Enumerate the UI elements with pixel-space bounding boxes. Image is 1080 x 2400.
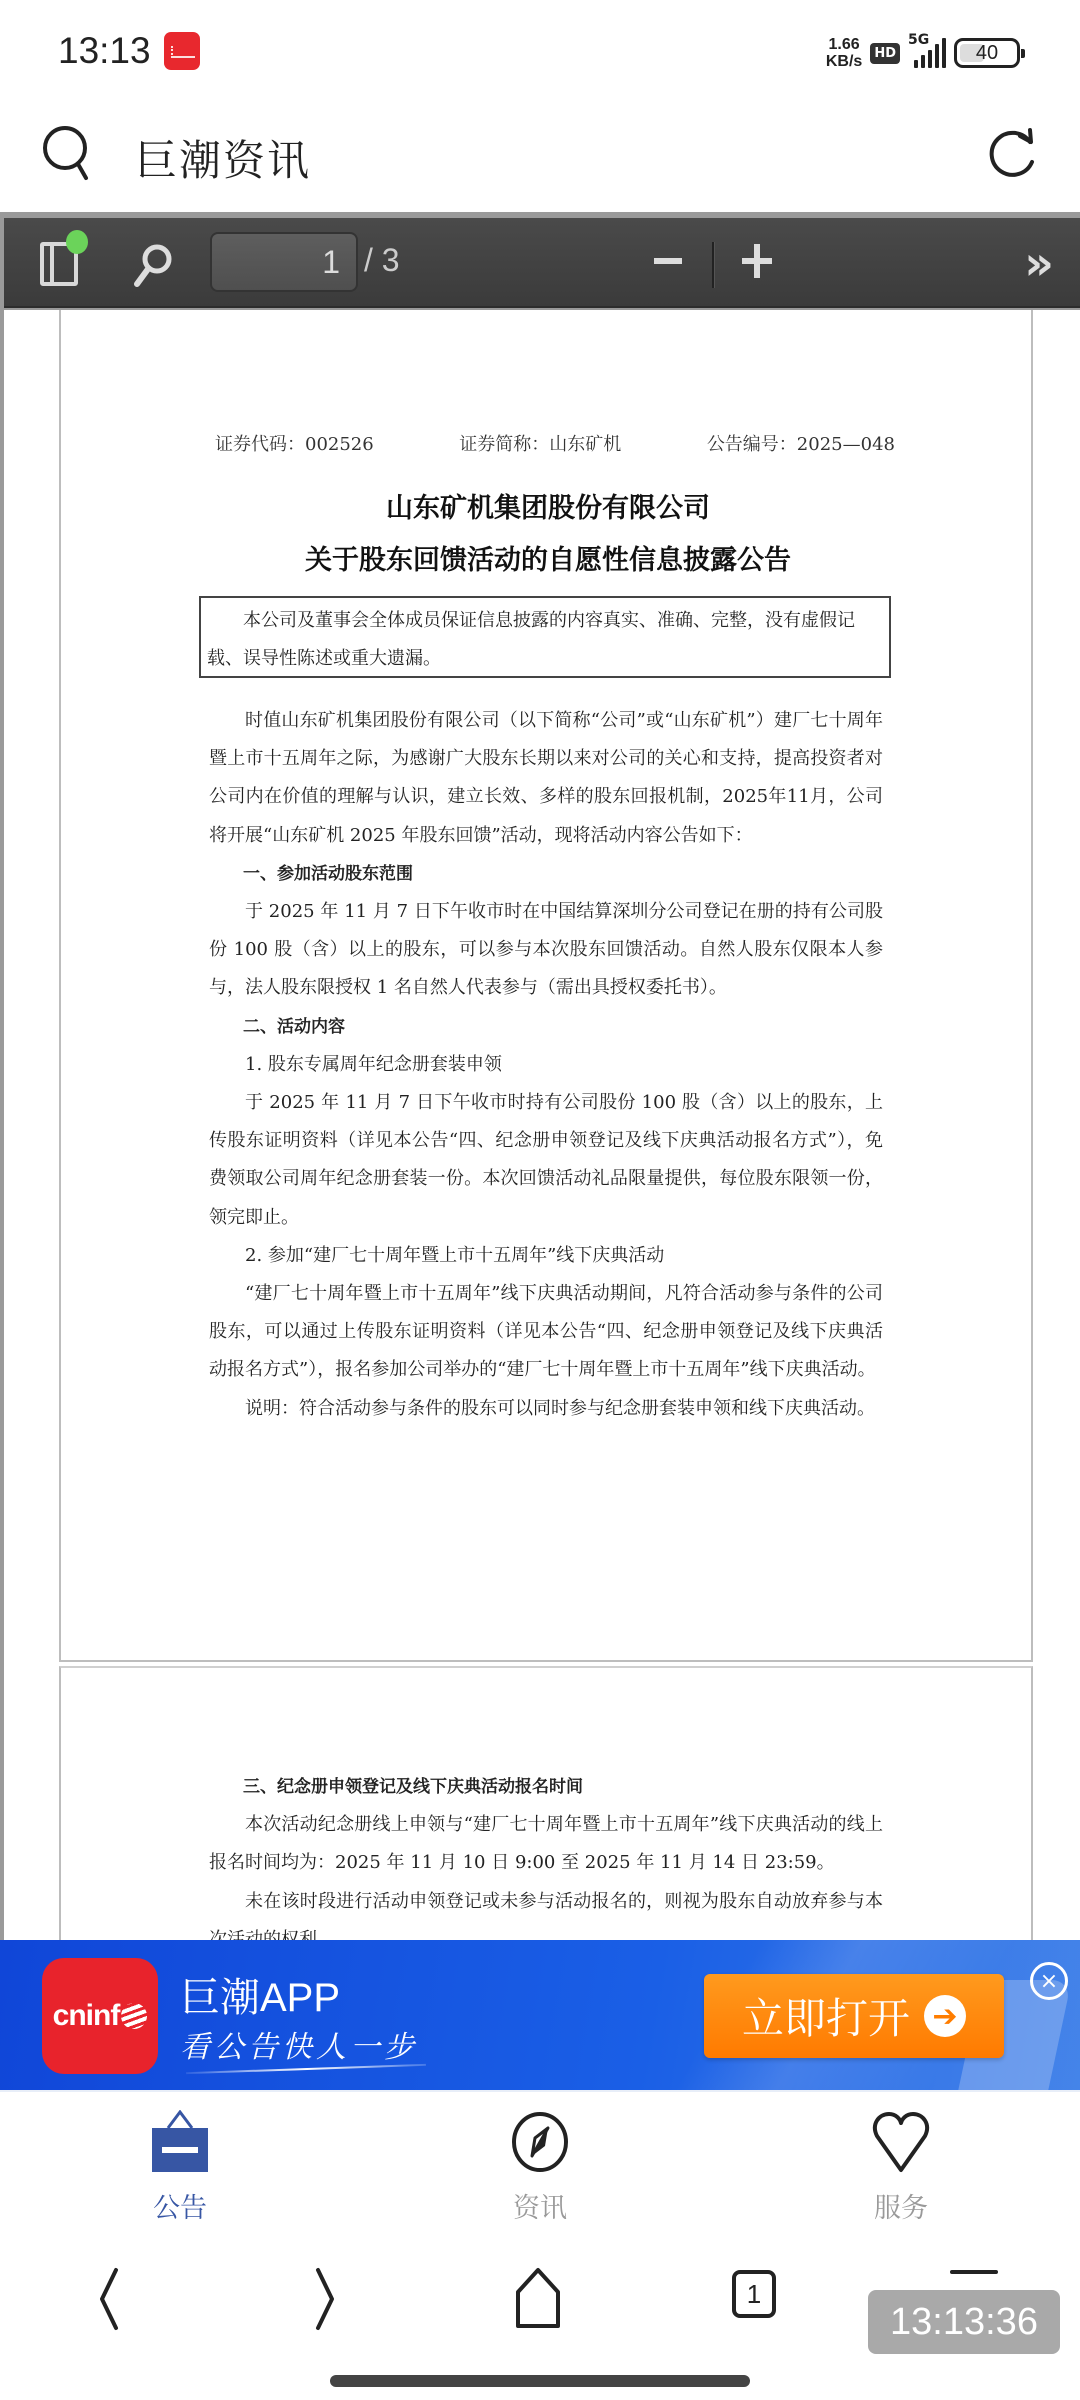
forward-icon[interactable] xyxy=(292,2266,352,2332)
ad-title: 巨潮APP xyxy=(180,1966,340,2023)
back-icon[interactable] xyxy=(82,2266,142,2332)
app-title: 巨潮资讯 xyxy=(135,128,311,188)
cninf-logo: cninf xyxy=(42,1958,158,2074)
pdf-toolbar: 1 / 3 » xyxy=(4,218,1080,308)
cninf-logo-glyph-icon xyxy=(121,2003,147,2029)
tab-count: 1 xyxy=(732,2270,776,2318)
status-bar: 13:13 1.66 KB/s HD 5G 40 xyxy=(0,0,1080,100)
home-icon[interactable] xyxy=(508,2266,568,2332)
item2-body: “建厂七十周年暨上市十五周年”线下庆典活动期间，凡符合活动参与条件的公司股东，可… xyxy=(209,1275,883,1390)
intro-paragraph: 时值山东矿机集团股份有限公司（以下简称“公司”或“山东矿机”）建厂七十周年暨上市… xyxy=(209,702,883,855)
app-header: 巨潮资讯 xyxy=(0,100,1080,212)
sidebar-toggle-icon[interactable] xyxy=(40,242,78,286)
signal-strength-icon: 5G xyxy=(908,38,946,68)
document-meta: 证券代码：002526 证券简称：山东矿机 公告编号：2025—048 xyxy=(215,430,895,456)
section1-heading: 一、参加活动股东范围 xyxy=(209,855,883,893)
note-paragraph: 说明：符合活动参与条件的股东可以同时参与纪念册套装申领和线下庆典活动。 xyxy=(209,1390,883,1428)
status-indicators: 1.66 KB/s HD 5G 40 xyxy=(826,34,1020,72)
compass-icon xyxy=(508,2110,572,2174)
open-app-button[interactable]: 立即打开 ➔ xyxy=(704,1974,1004,2058)
page-total: / 3 xyxy=(364,242,400,279)
section3-heading: 三、纪念册申领登记及线下庆典活动报名时间 xyxy=(209,1768,883,1806)
network-speed: 1.66 KB/s xyxy=(826,36,862,70)
tab-announcements[interactable]: 公告 xyxy=(100,2110,260,2220)
page-number-input[interactable]: 1 xyxy=(210,232,358,292)
arrow-right-icon: ➔ xyxy=(924,1995,966,2037)
ad-slogan: 看公告快人一步 xyxy=(180,2022,418,2066)
document-body-page2: 三、纪念册申领登记及线下庆典活动报名时间 本次活动纪念册线上申领与“建厂七十周年… xyxy=(209,1768,883,1940)
refresh-icon[interactable] xyxy=(984,122,1040,182)
bottom-tab-bar: 公告 资讯 服务 xyxy=(0,2090,1080,2222)
stock-app-notification-icon xyxy=(164,32,200,70)
pdf-page-1: 证券代码：002526 证券简称：山东矿机 公告编号：2025—048 山东矿机… xyxy=(59,310,1033,1662)
tab-services[interactable]: 服务 xyxy=(821,2110,981,2220)
security-short-name: 证券简称：山东矿机 xyxy=(459,430,621,456)
document-body: 时值山东矿机集团股份有限公司（以下简称“公司”或“山东矿机”）建厂七十周年暨上市… xyxy=(209,702,883,1428)
screen-recorder-time-overlay: 13:13:36 xyxy=(868,2290,1060,2354)
section1-body: 于 2025 年 11 月 7 日下午收市时在中国结算深圳分公司登记在册的持有公… xyxy=(209,893,883,1008)
close-banner-icon[interactable]: × xyxy=(1030,1962,1068,2000)
notice-number: 公告编号：2025—048 xyxy=(707,430,895,456)
notification-dot xyxy=(66,230,88,254)
zoom-out-button[interactable] xyxy=(654,258,682,264)
app-download-banner[interactable]: cninf 巨潮APP 看公告快人一步 立即打开 ➔ × xyxy=(0,1940,1080,2090)
find-in-document-icon[interactable] xyxy=(132,242,174,288)
more-tools-icon[interactable]: » xyxy=(1024,236,1054,290)
zoom-in-button[interactable] xyxy=(742,244,772,278)
section2-heading: 二、活动内容 xyxy=(209,1008,883,1046)
battery-icon: 40 xyxy=(954,38,1020,68)
status-time: 13:13 xyxy=(58,30,151,72)
announcement-icon xyxy=(148,2110,212,2174)
item2-heading: 2. 参加“建厂七十周年暨上市十五周年”线下庆典活动 xyxy=(209,1237,883,1275)
pdf-viewer: 1 / 3 » 证券代码：002526 证券简称：山东矿机 公告编号：2025—… xyxy=(0,212,1080,1940)
home-gesture-bar[interactable] xyxy=(330,2375,750,2387)
disclaimer-box: 本公司及董事会全体成员保证信息披露的内容真实、准确、完整，没有虚假记载、误导性陈… xyxy=(199,596,891,678)
item1-heading: 1. 股东专属周年纪念册套装申领 xyxy=(209,1046,883,1084)
document-title-line1: 山东矿机集团股份有限公司 xyxy=(61,486,1035,525)
pdf-page-2: 三、纪念册申领登记及线下庆典活动报名时间 本次活动纪念册线上申领与“建厂七十周年… xyxy=(59,1666,1033,1940)
security-code: 证券代码：002526 xyxy=(215,430,374,456)
search-icon[interactable] xyxy=(40,122,94,182)
tabs-switcher-button[interactable]: 1 xyxy=(726,2266,786,2332)
toolbar-divider xyxy=(712,242,715,288)
hd-voice-icon: HD xyxy=(870,43,900,64)
item1-body: 于 2025 年 11 月 7 日下午收市时持有公司股份 100 股（含）以上的… xyxy=(209,1084,883,1237)
section3-body2: 未在该时段进行活动申领登记或未参与活动报名的，则视为股东自动放弃参与本次活动的权… xyxy=(209,1883,883,1940)
heart-icon xyxy=(869,2110,933,2174)
tab-news[interactable]: 资讯 xyxy=(460,2110,620,2220)
section3-body: 本次活动纪念册线上申领与“建厂七十周年暨上市十五周年”线下庆典活动的线上报名时间… xyxy=(209,1806,883,1882)
pdf-page-area[interactable]: 证券代码：002526 证券简称：山东矿机 公告编号：2025—048 山东矿机… xyxy=(4,310,1080,1940)
document-title-line2: 关于股东回馈活动的自愿性信息披露公告 xyxy=(61,538,1035,577)
